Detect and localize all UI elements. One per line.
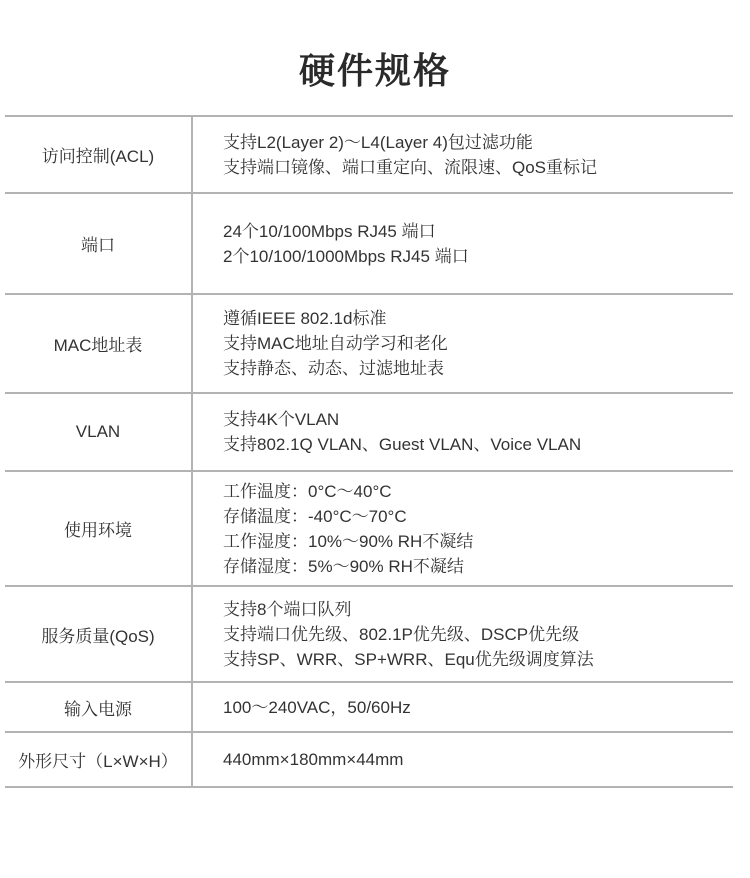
spec-line: 2个10/100/1000Mbps RJ45 端口 [223,244,723,269]
page-header: 硬件规格 [0,0,750,115]
row-values-vlan: 支持4K个VLAN 支持802.1Q VLAN、Guest VLAN、Voice… [193,394,733,470]
spec-line: 支持静态、动态、过滤地址表 [223,356,723,381]
row-values-mac-table: 遵循IEEE 802.1d标准 支持MAC地址自动学习和老化 支持静态、动态、过… [193,295,733,392]
spec-row-power: 输入电源 100～240VAC，50/60Hz [5,683,733,733]
spec-line: 支持SP、WRR、SP+WRR、Equ优先级调度算法 [223,647,723,672]
row-values-dimensions: 440mm×180mm×44mm [193,733,733,786]
spec-table: 访问控制(ACL) 支持L2(Layer 2)～L4(Layer 4)包过滤功能… [5,115,733,788]
page-title: 硬件规格 [299,43,451,94]
spec-row-acl: 访问控制(ACL) 支持L2(Layer 2)～L4(Layer 4)包过滤功能… [5,117,733,194]
spec-page: 硬件规格 访问控制(ACL) 支持L2(Layer 2)～L4(Layer 4)… [0,0,750,878]
row-label-mac-table: MAC地址表 [5,295,193,392]
row-label-vlan: VLAN [5,394,193,470]
row-label-ports: 端口 [5,194,193,293]
row-values-qos: 支持8个端口队列 支持端口优先级、802.1P优先级、DSCP优先级 支持SP、… [193,587,733,681]
spec-line: 存储温度：-40°C～70°C [223,504,723,529]
row-values-power: 100～240VAC，50/60Hz [193,683,733,731]
spec-line: 支持MAC地址自动学习和老化 [223,331,723,356]
spec-line: 24个10/100Mbps RJ45 端口 [223,219,723,244]
row-label-dimensions: 外形尺寸（L×W×H） [5,733,193,786]
spec-line: 遵循IEEE 802.1d标准 [223,306,723,331]
row-label-environment: 使用环境 [5,472,193,585]
spec-line: 支持端口镜像、端口重定向、流限速、QoS重标记 [223,155,723,180]
row-values-environment: 工作温度：0°C～40°C 存储温度：-40°C～70°C 工作湿度：10%～9… [193,472,733,585]
spec-row-vlan: VLAN 支持4K个VLAN 支持802.1Q VLAN、Guest VLAN、… [5,394,733,472]
row-label-acl: 访问控制(ACL) [5,117,193,192]
row-label-qos: 服务质量(QoS) [5,587,193,681]
row-label-power: 输入电源 [5,683,193,731]
spec-line: 工作湿度：10%～90% RH不凝结 [223,529,723,554]
spec-line: 存储湿度：5%～90% RH不凝结 [223,554,723,579]
spec-row-dimensions: 外形尺寸（L×W×H） 440mm×180mm×44mm [5,733,733,788]
spec-line: 100～240VAC，50/60Hz [223,695,723,720]
spec-line: 支持802.1Q VLAN、Guest VLAN、Voice VLAN [223,432,723,457]
row-values-acl: 支持L2(Layer 2)～L4(Layer 4)包过滤功能 支持端口镜像、端口… [193,117,733,192]
spec-row-qos: 服务质量(QoS) 支持8个端口队列 支持端口优先级、802.1P优先级、DSC… [5,587,733,683]
spec-row-environment: 使用环境 工作温度：0°C～40°C 存储温度：-40°C～70°C 工作湿度：… [5,472,733,587]
spec-line: 工作温度：0°C～40°C [223,479,723,504]
row-values-ports: 24个10/100Mbps RJ45 端口 2个10/100/1000Mbps … [193,194,733,293]
spec-line: 440mm×180mm×44mm [223,747,723,772]
spec-line: 支持8个端口队列 [223,597,723,622]
spec-line: 支持端口优先级、802.1P优先级、DSCP优先级 [223,622,723,647]
spec-row-ports: 端口 24个10/100Mbps RJ45 端口 2个10/100/1000Mb… [5,194,733,295]
spec-row-mac-table: MAC地址表 遵循IEEE 802.1d标准 支持MAC地址自动学习和老化 支持… [5,295,733,394]
spec-line: 支持L2(Layer 2)～L4(Layer 4)包过滤功能 [223,130,723,155]
spec-line: 支持4K个VLAN [223,407,723,432]
